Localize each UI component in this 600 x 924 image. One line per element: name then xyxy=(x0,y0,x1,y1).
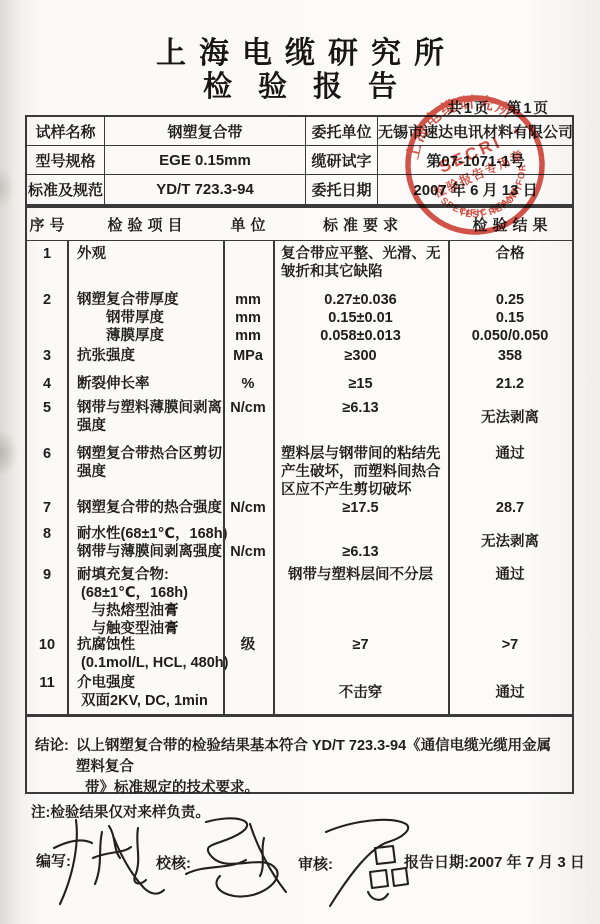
cell-unit-6 xyxy=(223,441,273,495)
column-divider xyxy=(223,241,225,715)
cell-no-4: 4 xyxy=(27,371,67,395)
cell-no-8: 8 xyxy=(27,521,67,562)
cell-result-10: >7 xyxy=(448,632,572,670)
cell-item-5: 钢带与塑料薄膜间剥离强度 xyxy=(67,395,223,441)
cell-no-2: 2 xyxy=(27,287,67,343)
cell-result-6: 通过 xyxy=(448,441,572,495)
report-date: 报告日期:2007 年 7 月 3 日 xyxy=(404,851,585,872)
inspection-row-4: 4断裂伸长率%≥1521.2 xyxy=(27,371,572,395)
cell-item-2: 钢塑复合带厚度 钢带厚度 薄膜厚度 xyxy=(67,287,223,343)
cell-no-9: 9 xyxy=(27,562,67,632)
cell-no-5: 5 xyxy=(27,395,67,441)
inspection-row-7: 7钢塑复合带的热合强度N/cm≥17.528.7 xyxy=(27,495,572,521)
cell-result-2: 0.250.150.050/0.050 xyxy=(448,287,572,343)
cell-item-6: 钢塑复合带热合区剪切强度 xyxy=(67,441,223,495)
inspection-row-6: 6钢塑复合带热合区剪切强度塑料层与钢带间的粘结先产生破坏，而塑料间热合区应不产生… xyxy=(27,441,572,495)
cell-result-9: 通过 xyxy=(448,562,572,632)
cell-item-3: 抗张强度 xyxy=(67,343,223,371)
info-label: 试样名称 xyxy=(27,117,105,146)
cell-requirement-7: ≥17.5 xyxy=(273,495,448,521)
inspection-row-9: 9耐填充复合物: (68±1℃，168h) 与热熔型油膏 与触变型油膏钢带与塑料… xyxy=(27,562,572,632)
cell-item-7: 钢塑复合带的热合强度 xyxy=(67,495,223,521)
cell-result-4: 21.2 xyxy=(448,371,572,395)
info-label: 委托日期 xyxy=(306,175,378,204)
signature-checked xyxy=(178,812,296,910)
scan-smudge xyxy=(0,168,14,208)
cell-no-3: 3 xyxy=(27,343,67,371)
cell-result-11: 通过 xyxy=(448,670,572,715)
inspection-row-5: 5钢带与塑料薄膜间剥离强度N/cm≥6.13无法剥离 xyxy=(27,395,572,441)
inspection-row-10: 10抗腐蚀性 (0.1mol/L, HCL, 480h)级≥7>7 xyxy=(27,632,572,670)
info-value: YD/T 723.3-94 xyxy=(105,175,306,204)
cell-unit-4: % xyxy=(223,371,273,395)
conclusion-text-line2: 带》标准规定的技术要求。 xyxy=(85,778,560,799)
info-label: 委托单位 xyxy=(306,117,378,146)
cell-item-4: 断裂伸长率 xyxy=(67,371,223,395)
cell-requirement-9: 钢带与塑料层间不分层 xyxy=(273,562,448,632)
inspection-row-3: 3抗张强度MPa≥300358 xyxy=(27,343,572,371)
col-header-no: 序号 xyxy=(27,208,67,240)
cell-unit-2: mmmmmm xyxy=(223,287,273,343)
cell-requirement-8: ≥6.13 xyxy=(273,521,448,562)
column-divider xyxy=(67,241,69,715)
cell-unit-10: 级 xyxy=(223,632,273,670)
col-header-item: 检验项目 xyxy=(67,208,223,240)
cell-result-7: 28.7 xyxy=(448,495,572,521)
cell-requirement-6: 塑料层与钢带间的粘结先产生破坏，而塑料间热合区应不产生剪切破坏 xyxy=(273,441,448,495)
scan-smudge xyxy=(0,430,18,476)
cell-unit-7: N/cm xyxy=(223,495,273,521)
cell-item-1: 外观 xyxy=(67,241,223,287)
cell-item-9: 耐填充复合物: (68±1℃，168h) 与热熔型油膏 与触变型油膏 xyxy=(67,562,223,632)
inspection-table-body: 1外观复合带应平整、光滑、无皱折和其它缺陷合格2钢塑复合带厚度 钢带厚度 薄膜厚… xyxy=(27,241,572,715)
cell-no-1: 1 xyxy=(27,241,67,287)
column-divider xyxy=(448,241,450,715)
cell-item-10: 抗腐蚀性 (0.1mol/L, HCL, 480h) xyxy=(67,632,223,670)
cell-requirement-10: ≥7 xyxy=(273,632,448,670)
cell-requirement-11: 不击穿 xyxy=(273,670,448,715)
col-header-unit: 单位 xyxy=(223,208,273,240)
info-value: EGE 0.15mm xyxy=(105,146,306,175)
cell-requirement-4: ≥15 xyxy=(273,371,448,395)
info-label: 缆研试字 xyxy=(306,146,378,175)
inspection-row-11: 11介电强度 双面2KV, DC, 1min不击穿通过 xyxy=(27,670,572,715)
cell-result-8: 无法剥离 xyxy=(448,521,572,562)
inspection-row-8: 8耐水性(68±1℃，168h)钢带与薄膜间剥离强度N/cm≥6.13无法剥离 xyxy=(27,521,572,562)
info-value: 钢塑复合带 xyxy=(105,117,306,146)
conclusion-box: 结论: 以上钢塑复合带的检验结果基本符合 YD/T 723.3-94《通信电缆光… xyxy=(25,714,574,794)
cell-unit-3: MPa xyxy=(223,343,273,371)
report-page: 上海电缆研究所 检验报告 共1页 第1页 试样名称 钢塑复合带 委托单位 无锡市… xyxy=(0,0,600,924)
cell-no-6: 6 xyxy=(27,441,67,495)
conclusion-text-line1: 以上钢塑复合带的检验结果基本符合 YD/T 723.3-94《通信电缆光缆用金属… xyxy=(76,736,560,778)
cell-requirement-2: 0.27±0.0360.15±0.010.058±0.013 xyxy=(273,287,448,343)
conclusion-label: 结论: xyxy=(35,736,69,778)
cell-result-3: 358 xyxy=(448,343,572,371)
cell-unit-1 xyxy=(223,241,273,287)
cell-unit-5: N/cm xyxy=(223,395,273,441)
red-seal-stamp: 上海电缆研究所 SECRI 检验报告专用章 SPECIFIC STAMP FOR… xyxy=(375,65,575,265)
cell-unit-8: N/cm xyxy=(223,521,273,562)
info-label: 标准及规范 xyxy=(27,175,105,204)
cell-result-5: 无法剥离 xyxy=(448,395,572,441)
inspection-row-2: 2钢塑复合带厚度 钢带厚度 薄膜厚度mmmmmm0.27±0.0360.15±0… xyxy=(27,287,572,343)
stamp-star: ★ xyxy=(511,125,524,139)
cell-unit-11 xyxy=(223,670,273,715)
cell-no-10: 10 xyxy=(27,632,67,670)
cell-no-11: 11 xyxy=(27,670,67,715)
signature-prepared xyxy=(46,816,178,908)
info-label: 型号规格 xyxy=(27,146,105,175)
cell-requirement-3: ≥300 xyxy=(273,343,448,371)
cell-item-8: 耐水性(68±1℃，168h)钢带与薄膜间剥离强度 xyxy=(67,521,223,562)
cell-requirement-5: ≥6.13 xyxy=(273,395,448,441)
signature-reviewed xyxy=(312,808,428,912)
cell-no-7: 7 xyxy=(27,495,67,521)
cell-item-11: 介电强度 双面2KV, DC, 1min xyxy=(67,670,223,715)
column-divider xyxy=(273,241,275,715)
inspection-table: 序号 检验项目 单位 标准要求 检验结果 1外观复合带应平整、光滑、无皱折和其它… xyxy=(25,206,574,717)
cell-unit-9 xyxy=(223,562,273,632)
